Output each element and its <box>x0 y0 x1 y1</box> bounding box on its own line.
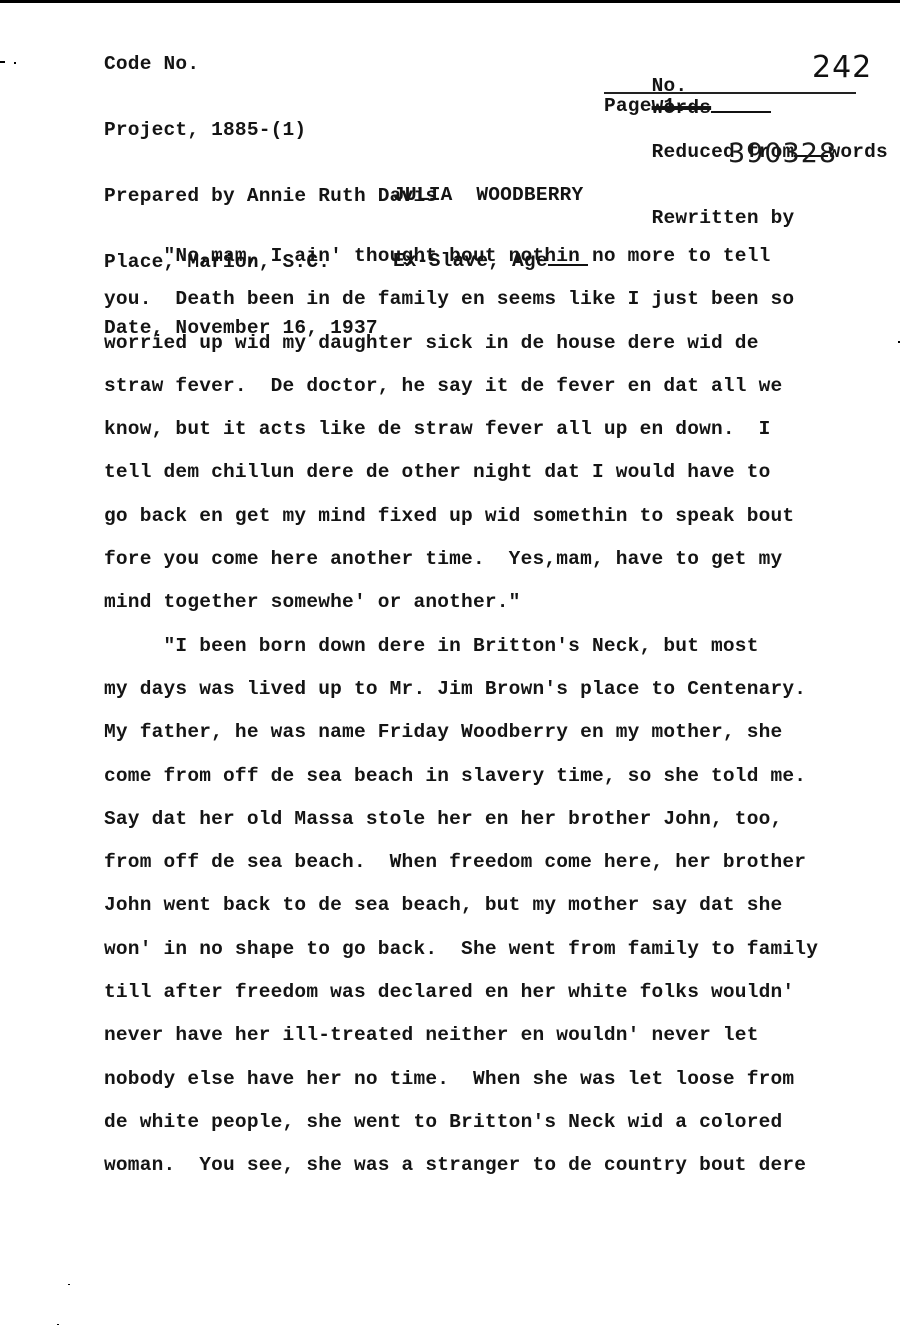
header-divider <box>604 92 856 94</box>
text-line: mind together somewhe' or another." <box>104 591 884 634</box>
text-line: tell dem chillun dere de other night dat… <box>104 461 884 504</box>
word-count-blank <box>711 97 771 113</box>
text-line: My father, he was name Friday Woodberry … <box>104 721 884 764</box>
narrative-body: "No,mam, I ain' thought bout nothin no m… <box>104 245 884 1198</box>
text-line: woman. You see, she was a stranger to de… <box>104 1154 884 1197</box>
text-line: till after freedom was declared en her w… <box>104 981 884 1024</box>
scan-speck <box>68 1284 70 1285</box>
scan-speck <box>14 62 16 64</box>
page-top-edge <box>0 0 900 3</box>
text-line: won' in no shape to go back. She went fr… <box>104 938 884 981</box>
text-line: "I been born down dere in Britton's Neck… <box>104 635 884 678</box>
page-number: Page 1. <box>604 95 687 117</box>
scan-speck <box>0 61 5 63</box>
text-line: nobody else have her no time. When she w… <box>104 1068 884 1111</box>
text-line: come from off de sea beach in slavery ti… <box>104 765 884 808</box>
text-line: straw fever. De doctor, he say it de fev… <box>104 375 884 418</box>
text-line: you. Death been in de family en seems li… <box>104 288 884 331</box>
text-line: go back en get my mind fixed up wid some… <box>104 505 884 548</box>
prepared-by: Prepared by Annie Ruth Davis <box>104 185 437 207</box>
rewritten-by-row: Rewritten by <box>604 185 864 207</box>
scan-speck <box>57 1324 59 1325</box>
code-number: Code No. <box>104 53 437 75</box>
text-line: worried up wid my daughter sick in de ho… <box>104 332 884 375</box>
text-line: fore you come here another time. Yes,mam… <box>104 548 884 591</box>
rewritten-by-label: Rewritten by <box>652 207 795 229</box>
text-line: John went back to de sea beach, but my m… <box>104 894 884 937</box>
project-number: Project, 1885-(1) <box>104 119 437 141</box>
text-line: know, but it acts like de straw fever al… <box>104 418 884 461</box>
reduced-from-suffix: words <box>828 141 888 163</box>
text-line: never have her ill-treated neither en wo… <box>104 1024 884 1067</box>
subject-name: JULIA WOODBERRY <box>393 184 588 206</box>
text-line: from off de sea beach. When freedom come… <box>104 851 884 894</box>
text-line: my days was lived up to Mr. Jim Brown's … <box>104 678 884 721</box>
document-number-stamp: 390328 <box>728 138 837 169</box>
text-line: de white people, she went to Britton's N… <box>104 1111 884 1154</box>
text-line: "No,mam, I ain' thought bout nothin no m… <box>104 245 884 288</box>
header-editorial-info: No. Words Reduced fromwords Rewritten by <box>604 9 864 229</box>
text-line: Say dat her old Massa stole her en her b… <box>104 808 884 851</box>
handwritten-page-mark: 242 <box>812 50 872 85</box>
